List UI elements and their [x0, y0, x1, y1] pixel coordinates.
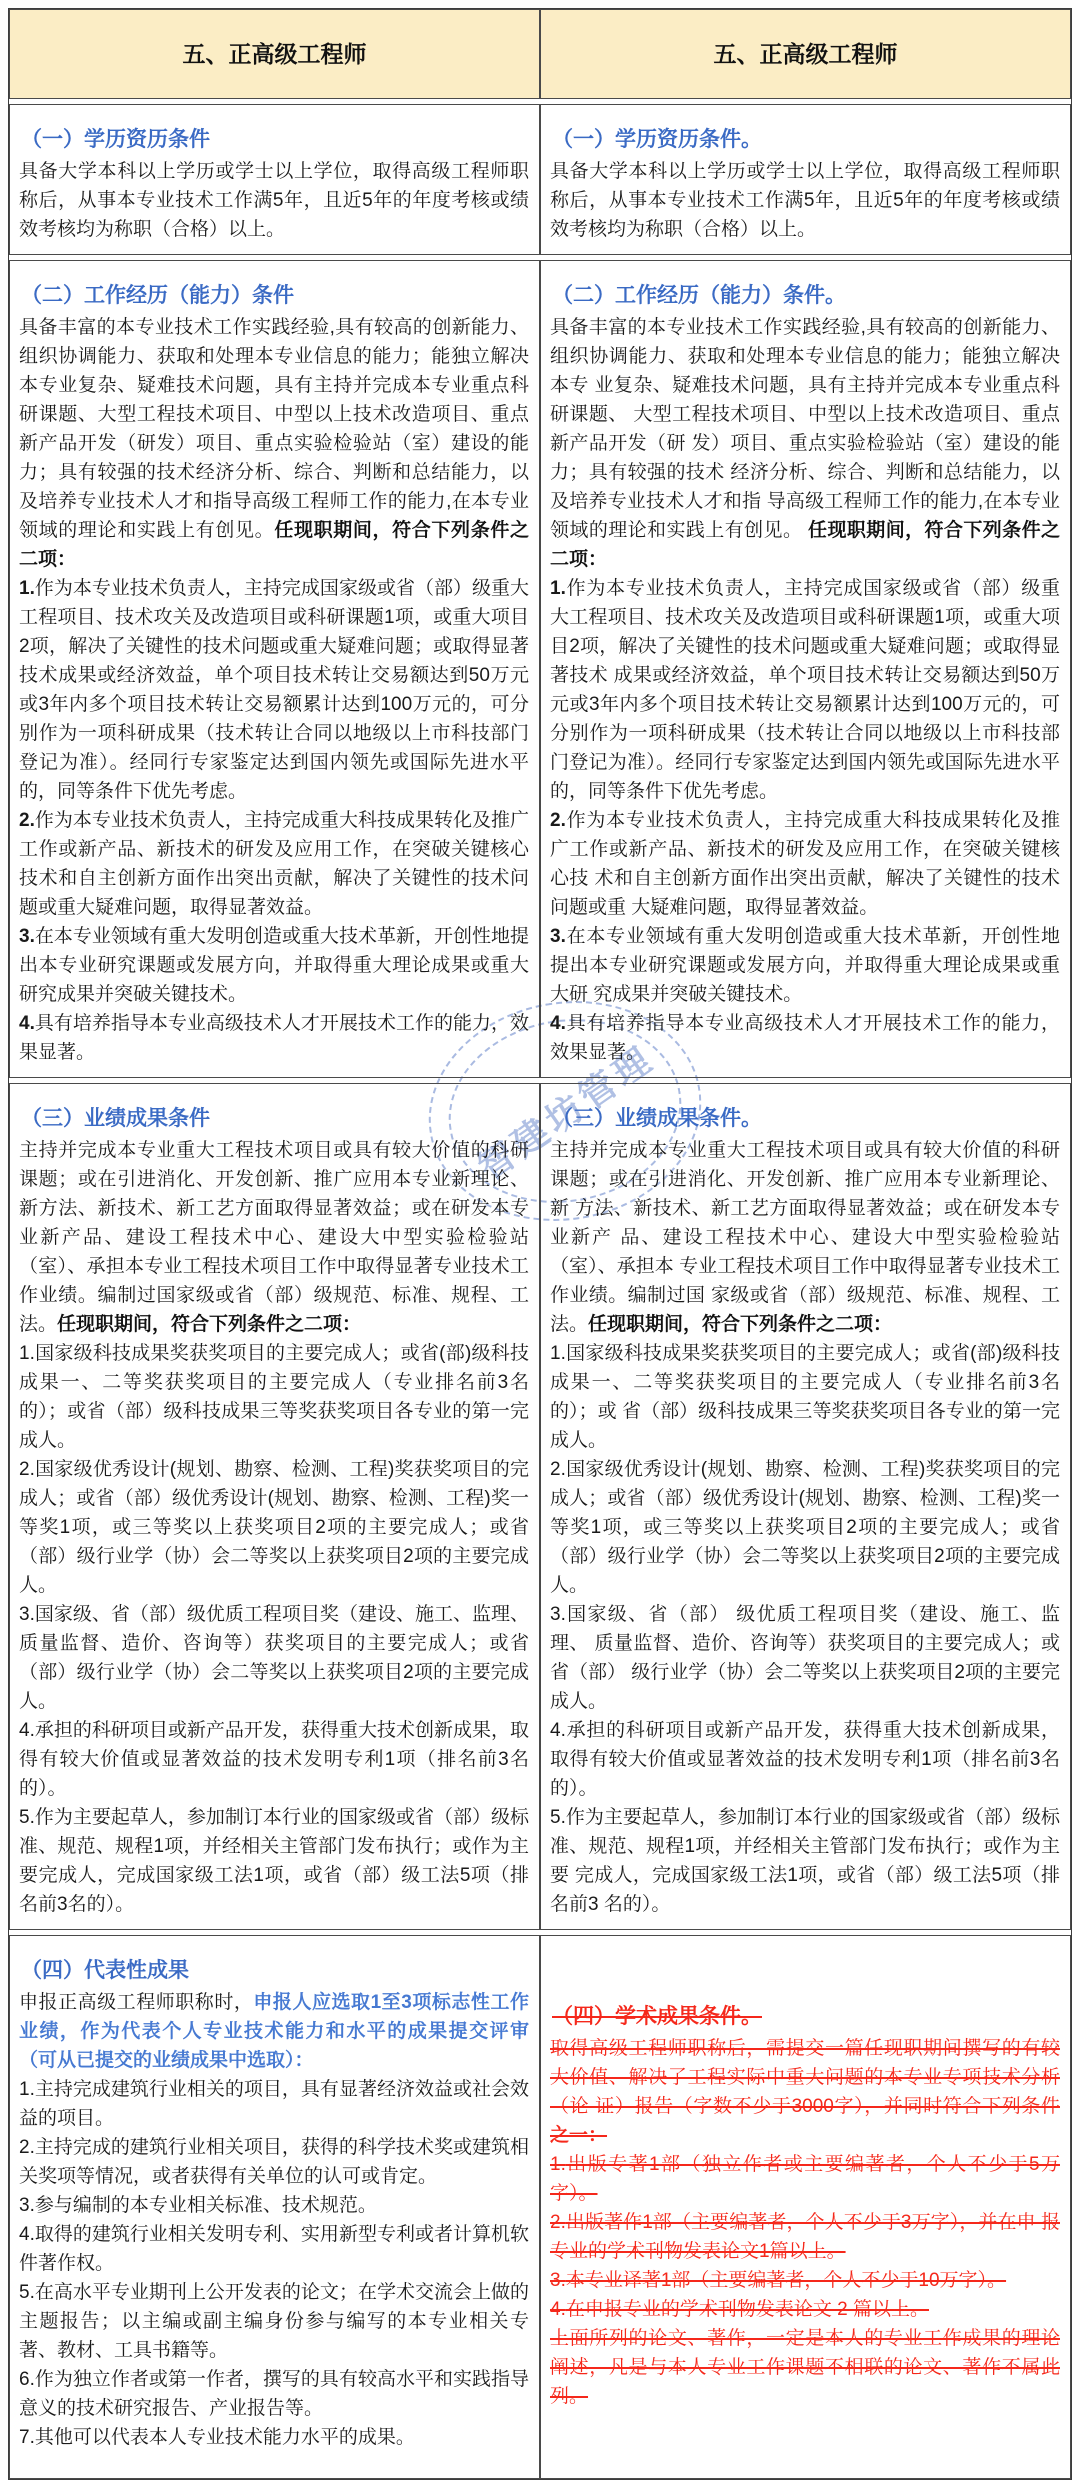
item-number: 3.: [550, 1604, 566, 1625]
list-item: 3.在本专业领域有重大发明创造或重大技术革新，开创性地 提出本专业研究课题或发展…: [550, 922, 1060, 1009]
item-number: 2.: [19, 810, 35, 831]
item-number: 5.: [550, 1807, 566, 1828]
left-experience-body-text: 具备丰富的本专业技术工作实践经验,具有较高的创新能力、组织协调能力、获取和处理本…: [19, 317, 529, 541]
item-text: 作为主要起草人，参加制订本行业的国家级或省（部）级标准、规范、规程1项，并经相关…: [550, 1807, 1060, 1915]
left-education-body: 具备大学本科以上学历或学士以上学位，取得高级工程师职称后，从事本专业技术工作满5…: [19, 157, 529, 244]
item-number: 3.: [550, 2270, 566, 2291]
list-item: 2.国家级优秀设计(规划、勘察、检测、工程)奖获奖项目的完 成人；或省（部）级优…: [550, 1455, 1060, 1600]
item-text: 在高水平专业期刊上公开发表的论文；在学术交流会上做的主题报告；以主编或副主编身份…: [19, 2282, 529, 2361]
item-text: 承担的科研项目或新产品开发，获得重大技术创新成果，取得有较大价值或显著效益的技术…: [19, 1720, 529, 1799]
list-item-strikethrough: 2.出版著作1部（主要编著者，个人不少于3万字），并在申 报专业的学术刊物发表论…: [550, 2208, 1060, 2266]
item-text: 在本专业领域有重大发明创造或重大技术革新，开创性地提出本专业研究课题或发展方向，…: [19, 926, 529, 1005]
item-text: 作为独立作者或第一作者，撰写的具有较高水平和实践指导意义的技术研究报告、产业报告…: [19, 2369, 529, 2419]
item-number: 3.: [19, 926, 35, 947]
item-text: 本专业译著1部（主要编著者，个人不少于10万字）。: [566, 2270, 1006, 2291]
left-achievement-body-text: 主持并完成本专业重大工程技术项目或具有较大价值的科研课题；或在引进消化、开发创新…: [19, 1140, 529, 1335]
list-item: 5.在高水平专业期刊上公开发表的论文；在学术交流会上做的主题报告；以主编或副主编…: [19, 2278, 529, 2365]
item-text: 国家级优秀设计(规划、勘察、检测、工程)奖获奖项目的完 成人；或省（部）级优秀设…: [550, 1459, 1060, 1596]
item-text: 出版著作1部（主要编著者，个人不少于3万字），并在申 报专业的学术刊物发表论文1…: [550, 2212, 1060, 2262]
item-text: 主持完成建筑行业相关的项目，具有显著经济效益或社会效益的项目。: [19, 2079, 529, 2129]
list-item: 2.作为本专业技术负责人，主持完成重大科技成果转化及推 广工作或新产品、新技术的…: [550, 806, 1060, 922]
left-education-heading: （一）学历资历条件: [21, 125, 529, 154]
list-item-strikethrough: 1.出版专著1部（独立作者或主要编著者，个人不少于5万字）。: [550, 2150, 1060, 2208]
item-number: 4.: [550, 1720, 566, 1741]
right-achievement-cell: （三）业绩成果条件。 主持并完成本专业重大工程技术项目或具有较大价值的科研课题；…: [540, 1083, 1071, 1930]
item-text: 国家级、省（部）级优质工程项目奖（建设、施工、监理、质量监督、造价、咨询等）获奖…: [19, 1604, 529, 1712]
right-education-body: 具备大学本科以上学历或学士以上学位，取得高级工程师职 称后，从事本专业技术工作满…: [550, 157, 1060, 244]
list-item-strikethrough: 4.在申报专业的学术刊物发表论文 2 篇以上。: [550, 2295, 1060, 2324]
item-number: 4.: [550, 1013, 566, 1034]
right-academic-heading-strikethrough: （四）学术成果条件。: [552, 2002, 1060, 2031]
list-item: 3.参与编制的本专业相关标准、技术规范。: [19, 2191, 529, 2220]
list-item: 6.作为独立作者或第一作者，撰写的具有较高水平和实践指导意义的技术研究报告、产业…: [19, 2365, 529, 2423]
list-item: 1.国家级科技成果奖获奖项目的主要完成人；或省(部)级科技成果一、二等奖获奖项目…: [19, 1339, 529, 1455]
list-item: 4.具有培养指导本专业高级技术人才开展技术工作的能力，效果显著。: [19, 1009, 529, 1067]
list-item: 3.国家级、省（部）级优质工程项目奖（建设、施工、监理、质量监督、造价、咨询等）…: [19, 1600, 529, 1716]
item-text: 主持完成的建筑行业相关项目，获得的科学技术奖或建筑相关奖项等情况，或者获得有关单…: [19, 2137, 529, 2187]
document-page: 智建坊管理 五、正高级工程师 五、正高级工程师 （一）学历资历条件 具备大学本科…: [0, 0, 1080, 2488]
right-academic-footer-strikethrough: 上面所列的论文、著作，一定是本人的专业工作成果的理论 阐述，凡是与本人专业工作课…: [550, 2324, 1060, 2411]
list-item: 1.国家级科技成果奖获奖项目的主要完成人；或省(部)级科技 成果一、二等奖获奖项…: [550, 1339, 1060, 1455]
item-number: 1.: [550, 578, 566, 599]
list-item: 3.国家级、省（部） 级优质工程项目奖（建设、施工、监理、 质量监督、造价、咨询…: [550, 1600, 1060, 1716]
item-number: 2.: [550, 1459, 566, 1480]
list-item: 1.作为本专业技术负责人，主持完成国家级或省（部）级重 大工程项目、技术攻关及改…: [550, 574, 1060, 806]
left-achievement-body: 主持并完成本专业重大工程技术项目或具有较大价值的科研课题；或在引进消化、开发创新…: [19, 1136, 529, 1339]
list-item: 4.具有培养指导本专业高级技术人才开展技术工作的能力， 效果显著。: [550, 1009, 1060, 1067]
left-representative-intro-plain: 申报正高级工程师职称时，: [19, 1992, 253, 2013]
header-cell-left: 五、正高级工程师: [9, 9, 540, 99]
comparison-table: 五、正高级工程师 五、正高级工程师 （一）学历资历条件 具备大学本科以上学历或学…: [8, 8, 1072, 2480]
left-achievement-heading: （三）业绩成果条件: [21, 1104, 529, 1133]
list-item: 1.主持完成建筑行业相关的项目，具有显著经济效益或社会效益的项目。: [19, 2075, 529, 2133]
list-item: 3.在本专业领域有重大发明创造或重大技术革新，开创性地提出本专业研究课题或发展方…: [19, 922, 529, 1009]
item-number: 1.: [550, 1343, 566, 1364]
right-experience-heading: （二）工作经历（能力）条件。: [552, 281, 1060, 310]
list-item: 4.承担的科研项目或新产品开发，获得重大技术创新成果， 取得有较大价值或显著效益…: [550, 1716, 1060, 1803]
item-text: 出版专著1部（独立作者或主要编著者，个人不少于5万字）。: [550, 2154, 1060, 2204]
right-academic-body-bold: 之一：: [550, 2125, 607, 2146]
left-experience-cell: （二）工作经历（能力）条件 具备丰富的本专业技术工作实践经验,具有较高的创新能力…: [9, 260, 540, 1078]
list-item: 4.承担的科研项目或新产品开发，获得重大技术创新成果，取得有较大价值或显著效益的…: [19, 1716, 529, 1803]
item-text: 国家级科技成果奖获奖项目的主要完成人；或省(部)级科技成果一、二等奖获奖项目的主…: [19, 1343, 529, 1451]
item-text: 在本专业领域有重大发明创造或重大技术革新，开创性地 提出本专业研究课题或发展方向…: [550, 926, 1060, 1005]
right-academic-body-strikethrough: 取得高级工程师职称后，需提交一篇任现职期间撰写的有较 大价值、解决了工程实际中重…: [550, 2034, 1060, 2150]
item-text: 承担的科研项目或新产品开发，获得重大技术创新成果， 取得有较大价值或显著效益的技…: [550, 1720, 1060, 1799]
item-text: 在申报专业的学术刊物发表论文 2 篇以上。: [566, 2299, 929, 2320]
right-experience-body: 具备丰富的本专业技术工作实践经验,具有较高的创新能力、 组织协调能力、获取和处理…: [550, 313, 1060, 574]
right-achievement-body-bold: 任现职期间，符合下列条件之二项：: [588, 1314, 892, 1335]
header-cell-right: 五、正高级工程师: [540, 9, 1071, 99]
right-academic-cell: （四）学术成果条件。 取得高级工程师职称后，需提交一篇任现职期间撰写的有较 大价…: [540, 1935, 1071, 2479]
item-text: 具有培养指导本专业高级技术人才开展技术工作的能力，效果显著。: [19, 1013, 529, 1063]
item-text: 国家级优秀设计(规划、勘察、检测、工程)奖获奖项目的完成人；或省（部）级优秀设计…: [19, 1459, 529, 1596]
left-achievement-body-bold: 任现职期间，符合下列条件之二项：: [57, 1314, 361, 1335]
item-text: 作为本专业技术负责人，主持完成国家级或省（部）级重 大工程项目、技术攻关及改造项…: [550, 578, 1060, 802]
item-number: 4.: [19, 1720, 35, 1741]
item-number: 7.: [19, 2427, 35, 2448]
right-experience-cell: （二）工作经历（能力）条件。 具备丰富的本专业技术工作实践经验,具有较高的创新能…: [540, 260, 1071, 1078]
item-text: 其他可以代表本人专业技术能力水平的成果。: [35, 2427, 415, 2448]
right-experience-body-text: 具备丰富的本专业技术工作实践经验,具有较高的创新能力、 组织协调能力、获取和处理…: [550, 317, 1060, 541]
item-text: 参与编制的本专业相关标准、技术规范。: [35, 2195, 377, 2216]
item-number: 5.: [19, 2282, 35, 2303]
list-item-strikethrough: 3.本专业译著1部（主要编著者，个人不少于10万字）。: [550, 2266, 1060, 2295]
item-number: 4.: [19, 2224, 35, 2245]
list-item: 7.其他可以代表本人专业技术能力水平的成果。: [19, 2423, 529, 2452]
item-number: 1.: [19, 2079, 35, 2100]
item-number: 4.: [19, 1013, 35, 1034]
item-text: 作为本专业技术负责人，主持完成国家级或省（部）级重大工程项目、技术攻关及改造项目…: [19, 578, 529, 802]
item-text: 国家级、省（部） 级优质工程项目奖（建设、施工、监理、 质量监督、造价、咨询等）…: [550, 1604, 1060, 1712]
table-title-right: 五、正高级工程师: [714, 40, 898, 69]
item-number: 2.: [550, 2212, 566, 2233]
item-number: 1.: [19, 1343, 35, 1364]
right-education-heading: （一）学历资历条件。: [552, 125, 1060, 154]
item-number: 1.: [19, 578, 35, 599]
list-item: 2.主持完成的建筑行业相关项目，获得的科学技术奖或建筑相关奖项等情况，或者获得有…: [19, 2133, 529, 2191]
item-number: 1.: [550, 2154, 566, 2175]
left-experience-body: 具备丰富的本专业技术工作实践经验,具有较高的创新能力、组织协调能力、获取和处理本…: [19, 313, 529, 574]
list-item: 2.国家级优秀设计(规划、勘察、检测、工程)奖获奖项目的完成人；或省（部）级优秀…: [19, 1455, 529, 1600]
item-text: 作为主要起草人，参加制订本行业的国家级或省（部）级标准、规范、规程1项，并经相关…: [19, 1807, 529, 1915]
list-item: 4.取得的建筑行业相关发明专利、实用新型专利或者计算机软件著作权。: [19, 2220, 529, 2278]
item-number: 2.: [19, 2137, 35, 2158]
item-text: 取得的建筑行业相关发明专利、实用新型专利或者计算机软件著作权。: [19, 2224, 529, 2274]
list-item: 5.作为主要起草人，参加制订本行业的国家级或省（部）级标准、规范、规程1项，并经…: [550, 1803, 1060, 1919]
item-number: 2.: [550, 810, 566, 831]
left-experience-heading: （二）工作经历（能力）条件: [21, 281, 529, 310]
item-number: 3.: [19, 2195, 35, 2216]
item-number: 3.: [550, 926, 566, 947]
item-text: 作为本专业技术负责人，主持完成重大科技成果转化及推 广工作或新产品、新技术的研发…: [550, 810, 1060, 918]
list-item: 2.作为本专业技术负责人，主持完成重大科技成果转化及推广工作或新产品、新技术的研…: [19, 806, 529, 922]
list-item: 1.作为本专业技术负责人，主持完成国家级或省（部）级重大工程项目、技术攻关及改造…: [19, 574, 529, 806]
item-text: 作为本专业技术负责人，主持完成重大科技成果转化及推广工作或新产品、新技术的研发及…: [19, 810, 529, 918]
item-number: 6.: [19, 2369, 35, 2390]
table-title-left: 五、正高级工程师: [183, 40, 367, 69]
item-text: 国家级科技成果奖获奖项目的主要完成人；或省(部)级科技 成果一、二等奖获奖项目的…: [550, 1343, 1060, 1451]
right-achievement-body: 主持并完成本专业重大工程技术项目或具有较大价值的科研课题；或在引进消化、开发创新…: [550, 1136, 1060, 1339]
item-number: 4.: [550, 2299, 566, 2320]
item-text: 具有培养指导本专业高级技术人才开展技术工作的能力， 效果显著。: [550, 1013, 1060, 1063]
item-number: 5.: [19, 1807, 35, 1828]
right-achievement-heading: （三）业绩成果条件。: [552, 1104, 1060, 1133]
left-representative-heading: （四）代表性成果: [21, 1956, 529, 1985]
item-number: 3.: [19, 1604, 35, 1625]
left-representative-cell: （四）代表性成果 申报正高级工程师职称时，申报人应选取1至3项标志性工作业绩，作…: [9, 1935, 540, 2479]
right-achievement-body-text: 主持并完成本专业重大工程技术项目或具有较大价值的科研课题；或在引进消化、开发创新…: [550, 1140, 1060, 1335]
left-education-cell: （一）学历资历条件 具备大学本科以上学历或学士以上学位，取得高级工程师职称后，从…: [9, 104, 540, 255]
left-representative-intro: 申报正高级工程师职称时，申报人应选取1至3项标志性工作业绩，作为代表个人专业技术…: [19, 1988, 529, 2075]
right-education-cell: （一）学历资历条件。 具备大学本科以上学历或学士以上学位，取得高级工程师职 称后…: [540, 104, 1071, 255]
list-item: 5.作为主要起草人，参加制订本行业的国家级或省（部）级标准、规范、规程1项，并经…: [19, 1803, 529, 1919]
right-academic-body-plain: 取得高级工程师职称后，需提交一篇任现职期间撰写的有较 大价值、解决了工程实际中重…: [550, 2038, 1060, 2117]
item-number: 2.: [19, 1459, 35, 1480]
left-achievement-cell: （三）业绩成果条件 主持并完成本专业重大工程技术项目或具有较大价值的科研课题；或…: [9, 1083, 540, 1930]
